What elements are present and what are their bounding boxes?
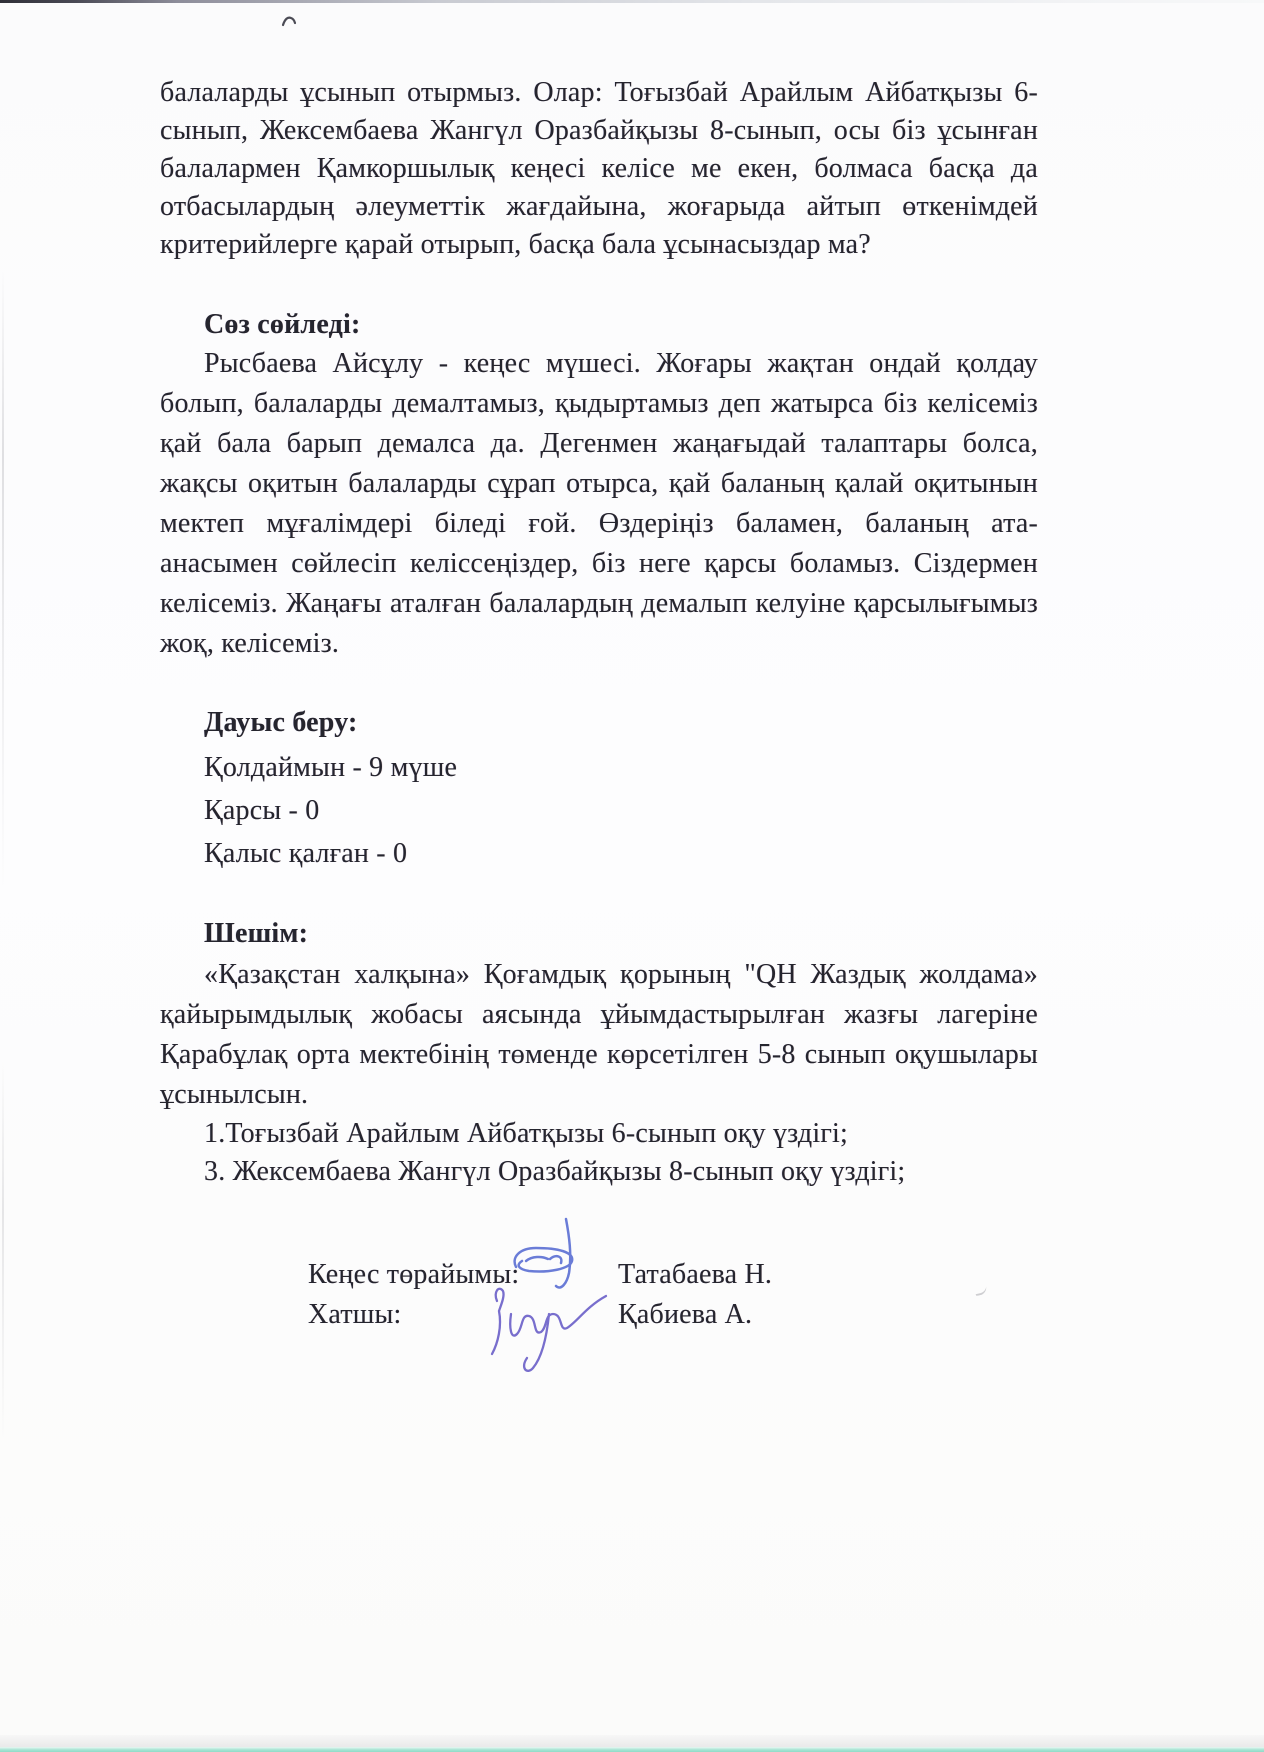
voting-item-against: Қарсы - 0 [204,789,1038,832]
document-body: балаларды ұсынып отырмыз. Олар: Тоғызбай… [160,74,1038,1335]
stray-pen-mark [281,14,299,28]
voting-item-support: Қолдаймын - 9 мүше [204,746,1038,789]
signature-name: Татабаева Н. [618,1255,772,1295]
scan-left-edge-artifact [2,270,4,890]
continuation-paragraph: балаларды ұсынып отырмыз. Олар: Тоғызбай… [160,74,1038,264]
decision-paragraph: «Қазақстан халқына» Қоғамдық қорының "QH… [160,955,1038,1115]
voting-item-abstained: Қалыс қалған - 0 [204,832,1038,875]
signature-row-chairman: Кеңес төрайымы: Татабаева Н. [308,1255,1038,1295]
scanned-document-page: балаларды ұсынып отырмыз. Олар: Тоғызбай… [0,0,1264,1752]
decision-list-item: 3. Жексембаева Жангүл Оразбайқызы 8-сыны… [204,1153,1038,1191]
scan-left-edge-artifact [2,1060,4,1440]
signature-block: Кеңес төрайымы: Татабаева Н. Хатшы: Қаби… [308,1255,1038,1335]
decision-heading: Шешім: [160,915,1038,953]
voting-heading: Дауыс беру: [160,704,1038,742]
scan-top-edge-artifact [0,0,1264,3]
signature-name: Қабиева А. [618,1295,752,1335]
signature-role-label: Кеңес төрайымы: [308,1255,522,1295]
speech-paragraph: Рысбаева Айсұлу - кеңес мүшесі. Жоғары ж… [160,344,1038,664]
speech-heading: Сөз сөйледі: [160,306,1038,344]
decision-list-item: 1.Тоғызбай Арайлым Айбатқызы 6-сынып оқу… [204,1115,1038,1153]
scan-bottom-band-artifact [0,1735,1264,1747]
scan-bottom-teal-line [0,1747,1264,1752]
signature-row-secretary: Хатшы: Қабиева А. [308,1295,1038,1335]
signature-role-label: Хатшы: [308,1295,522,1335]
